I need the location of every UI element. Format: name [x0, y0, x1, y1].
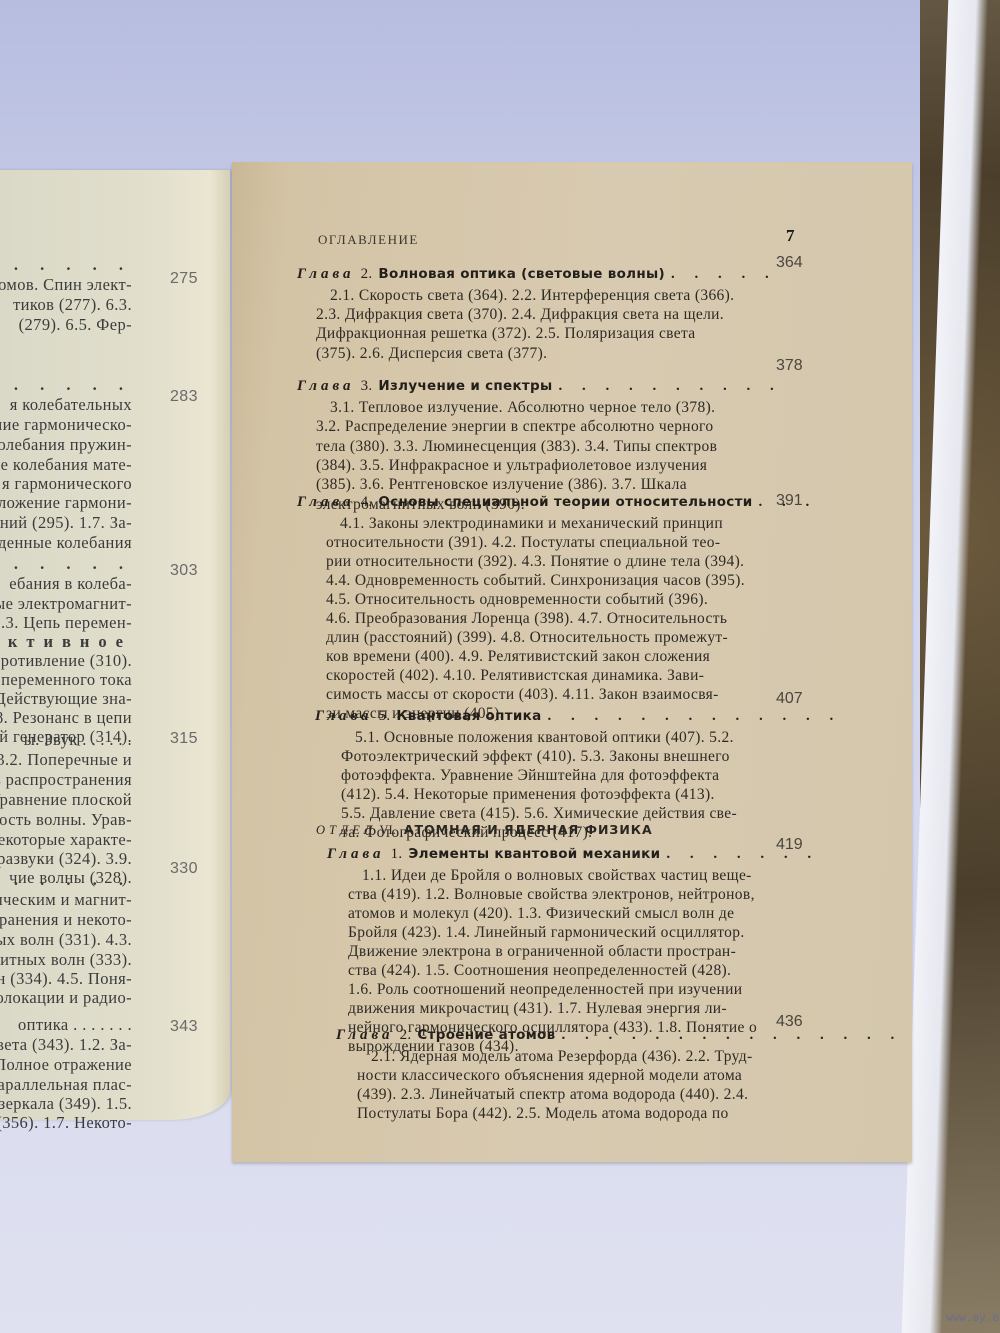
left-page-text-fragment: е колебания мате-: [1, 455, 132, 475]
chapter-label: Глава: [336, 1027, 394, 1043]
section-name: АТОМНАЯ И ЯДЕРНАЯ ФИЗИКА: [404, 822, 653, 837]
chapter-title: Квантовая оптика: [396, 708, 541, 724]
chapter-page-number: 419: [776, 836, 803, 854]
left-page-text-fragment: переменного тока: [1, 670, 132, 690]
left-page-text-fragment: олн (334). 4.5. Поня-: [0, 969, 132, 989]
toc-subsection-line: атомов и молекул (420). 1.3. Физический …: [348, 905, 734, 923]
left-page-text-fragment: ые электромагнит-: [0, 594, 132, 614]
toc-subsection-line: (412). 5.4. Некоторые применения фотоэфф…: [341, 786, 715, 804]
chapter-heading: Глава4.Основы специальной теории относит…: [297, 494, 817, 511]
toc-subsection-line: Фотоэлектрический эффект (410). 5.3. Зак…: [341, 748, 730, 766]
toc-subsection-line: 2.1. Ядерная модель атома Резерфорда (43…: [371, 1048, 753, 1066]
left-page-text-fragment: противление (310).: [0, 651, 132, 671]
left-page-text-fragment: . . . . . . . . . . .: [0, 375, 132, 395]
left-page-number: 330: [170, 860, 198, 878]
toc-subsection-line: 4.1. Законы электродинамики и механическ…: [340, 515, 723, 533]
page-number: 7: [786, 226, 795, 246]
left-page-text-fragment: ы. Звук . . . . . .: [24, 730, 132, 750]
toc-subsection-line: Движение электрона в ограниченной област…: [348, 943, 736, 961]
chapter-title: Волновая оптика (световые волны): [378, 266, 665, 282]
left-page-text-fragment: та. Полное отражение: [0, 1055, 132, 1075]
toc-subsection-line: Бройля (423). 1.4. Линейный гармонически…: [348, 924, 745, 942]
toc-subsection-line: ства (424). 1.5. Соотношения неопределен…: [348, 962, 731, 980]
left-page-text-fragment: (279). 6.5. Фер-: [19, 315, 132, 335]
left-page-text-fragment: оптика . . . . . . .: [18, 1015, 132, 1035]
dot-leader: . . . . .: [671, 266, 777, 282]
toc-subsection-line: тела (380). 3.3. Люминесценция (383). 3.…: [316, 438, 717, 456]
left-page-text-fragment: . . . . . . . . . . .: [0, 870, 132, 890]
toc-subsection-line: 3.2. Распределение энергии в спектре абс…: [316, 418, 713, 436]
chapter-number: 3.: [361, 378, 373, 394]
watermark: www.ay.by: [946, 1311, 1000, 1324]
left-page-text-fragment: Некоторые характе-: [0, 830, 132, 850]
dot-leader: . . . . . . . . . . . . . . .: [561, 1027, 902, 1043]
toc-subsection-line: ков времени (400). 4.9. Релятивистский з…: [326, 648, 710, 666]
toc-subsection-line: Постулаты Бора (442). 2.5. Модель атома …: [357, 1105, 729, 1123]
toc-subsection-line: движения микрочастиц (431). 1.7. Нулевая…: [348, 1000, 727, 1018]
left-page-text-fragment: ний (295). 1.7. За-: [0, 513, 132, 533]
toc-subsection-line: фотоэффекта. Уравнение Эйнштейна для фот…: [341, 767, 719, 785]
chapter-heading: Глава3.Излучение и спектры. . . . . . . …: [297, 378, 782, 395]
left-page-number: 315: [170, 730, 198, 748]
chapter-page-number: 364: [776, 254, 803, 272]
dot-leader: . . . . . . . . . .: [559, 378, 782, 394]
chapter-label: Глава: [327, 846, 385, 862]
left-page-text-fragment: е света (343). 1.2. За-: [0, 1035, 132, 1055]
left-page-text-fragment: 3.2. Поперечные и: [0, 750, 132, 770]
toc-subsection-line: ства (419). 1.2. Волновые свойства элект…: [348, 886, 755, 904]
left-page-text-fragment: тразвуки (324). 3.9.: [0, 849, 132, 869]
toc-subsection-line: относительности (391). 4.2. Постулаты сп…: [326, 534, 720, 552]
toc-subsection-line: Дифракционная решетка (372). 2.5. Поляри…: [316, 325, 696, 343]
chapter-label: Глава: [297, 494, 355, 510]
chapter-heading: Глава2.Строение атомов. . . . . . . . . …: [336, 1027, 902, 1044]
toc-subsection-line: 4.5. Относительность одновременности соб…: [326, 591, 708, 609]
left-page-text-fragment: ость волны. Урав-: [0, 810, 132, 830]
left-page-text-fragment: 8. Резонанс в цепи: [0, 708, 132, 728]
toc-subsection-line: 3.1. Тепловое излучение. Абсолютно черно…: [330, 399, 715, 417]
left-page-text-fragment: я колебательных: [10, 395, 132, 415]
left-page-text-fragment: Действующие зна-: [0, 689, 132, 709]
left-page-number: 283: [170, 388, 198, 406]
page-header-title: ОГЛАВЛЕНИЕ: [318, 232, 419, 248]
chapter-page-number: 378: [776, 357, 803, 375]
toc-subsection-line: 5.5. Давление света (415). 5.6. Химическ…: [341, 805, 737, 823]
dot-leader: . . . . . . . . . . . . .: [548, 708, 842, 724]
left-page-text-fragment: копараллельная плас-: [0, 1075, 132, 1095]
left-page-text-fragment: ебания в колеба-: [9, 574, 132, 594]
chapter-number: 2.: [400, 1027, 412, 1043]
chapter-page-number: 436: [776, 1013, 803, 1031]
toc-subsection-line: 5.1. Основные положения квантовой оптики…: [355, 729, 734, 747]
toc-subsection-line: 4.4. Одновременность событий. Синхрониза…: [326, 572, 745, 590]
left-page-text-fragment: рии (356). 1.7. Некото-: [0, 1113, 132, 1133]
toc-subsection-line: (439). 2.3. Линейчатый спектр атома водо…: [357, 1086, 748, 1104]
left-page-text-fragment: . 2.4. Индуктивное: [0, 632, 132, 652]
toc-subsection-line: 1.1. Идеи де Бройля о волновых свойствах…: [362, 867, 752, 885]
left-page-text-fragment: . . . . . . . . . . .: [0, 554, 132, 574]
toc-subsection-line: 2.1. Скорость света (364). 2.2. Интерфер…: [330, 287, 734, 305]
section-label: ОТДЕЛ: [316, 823, 376, 837]
left-page-text-fragment: тиков (277). 6.3.: [13, 295, 132, 315]
chapter-heading: Глава2.Волновая оптика (световые волны).…: [297, 266, 777, 283]
toc-subsection-line: 1.6. Роль соотношений неопределенностей …: [348, 981, 742, 999]
chapter-title: Излучение и спектры: [378, 378, 552, 394]
toc-subsection-line: рии относительности (392). 4.3. Понятие …: [326, 553, 744, 571]
chapter-number: 1.: [391, 846, 403, 862]
left-page-text-fragment: омов. Спин элект-: [0, 275, 132, 295]
chapter-page-number: 407: [776, 690, 803, 708]
left-page-text-fragment: ложение гармони-: [0, 493, 132, 513]
toc-subsection-line: скоростей (402). 4.10. Релятивистская ди…: [326, 667, 704, 685]
left-page-text-fragment: я гармонического: [2, 474, 132, 494]
left-page-text-fragment: остранения и некото-: [0, 910, 132, 930]
left-page-text-fragment: денные колебания: [0, 533, 132, 553]
section-number: VI.: [379, 823, 395, 837]
section-heading: ОТДЕЛ VI.АТОМНАЯ И ЯДЕРНАЯ ФИЗИКА: [316, 822, 653, 838]
chapter-label: Глава: [315, 708, 373, 724]
chapter-heading: Глава1.Элементы квантовой механики. . . …: [327, 846, 819, 863]
left-page-number: 275: [170, 270, 198, 288]
left-page-text-fragment: олебания пружин-: [0, 435, 132, 455]
left-page-text-fragment: ние гармоническо-: [0, 415, 132, 435]
toc-subsection-line: ности классического объяснения ядерной м…: [357, 1067, 742, 1085]
left-page-text-fragment: гнитных волн (333).: [0, 950, 132, 970]
left-page-text-fragment: 2.3. Цепь перемен-: [0, 613, 132, 633]
toc-subsection-line: 2.3. Дифракция света (370). 2.4. Дифракц…: [316, 306, 724, 324]
chapter-number: 2.: [361, 266, 373, 282]
left-page-number: 303: [170, 562, 198, 580]
left-page-text-fragment: ь распространения: [0, 770, 132, 790]
left-page: . . . . . . . . . . .омов. Спин элект-ти…: [0, 170, 230, 1120]
chapter-label: Глава: [297, 378, 355, 394]
chapter-number: 5.: [379, 708, 391, 724]
toc-subsection-line: (384). 3.5. Инфракрасное и ультрафиолето…: [316, 457, 707, 475]
chapter-label: Глава: [297, 266, 355, 282]
toc-subsection-line: длин (расстояний) (399). 4.8. Относитель…: [326, 629, 728, 647]
chapter-title: Строение атомов: [417, 1027, 555, 1043]
left-page-number: 343: [170, 1018, 198, 1036]
chapter-title: Основы специальной теории относительност…: [378, 494, 752, 510]
chapter-title: Элементы квантовой механики: [408, 846, 660, 862]
toc-subsection-line: 4.6. Преобразования Лоренца (398). 4.7. …: [326, 610, 727, 628]
left-page-text-fragment: трическим и магнит-: [0, 890, 132, 910]
chapter-number: 4.: [361, 494, 373, 510]
left-page-text-fragment: Уравнение плоской: [0, 790, 132, 810]
chapter-heading: Глава5.Квантовая оптика. . . . . . . . .…: [315, 708, 841, 725]
toc-subsection-line: симость массы от скорости (403). 4.11. З…: [326, 686, 719, 704]
left-page-text-fragment: нолокации и радио-: [0, 988, 132, 1008]
toc-subsection-line: (385). 3.6. Рентгеновское излучение (386…: [316, 476, 687, 494]
left-page-text-fragment: тных волн (331). 4.3.: [0, 930, 132, 950]
toc-subsection-line: (375). 2.6. Дисперсия света (377).: [316, 345, 547, 363]
left-page-text-fragment: кие зеркала (349). 1.5.: [0, 1094, 132, 1114]
chapter-page-number: 391: [776, 492, 803, 510]
left-page-text-fragment: . . . . . . . . . . .: [0, 255, 132, 275]
